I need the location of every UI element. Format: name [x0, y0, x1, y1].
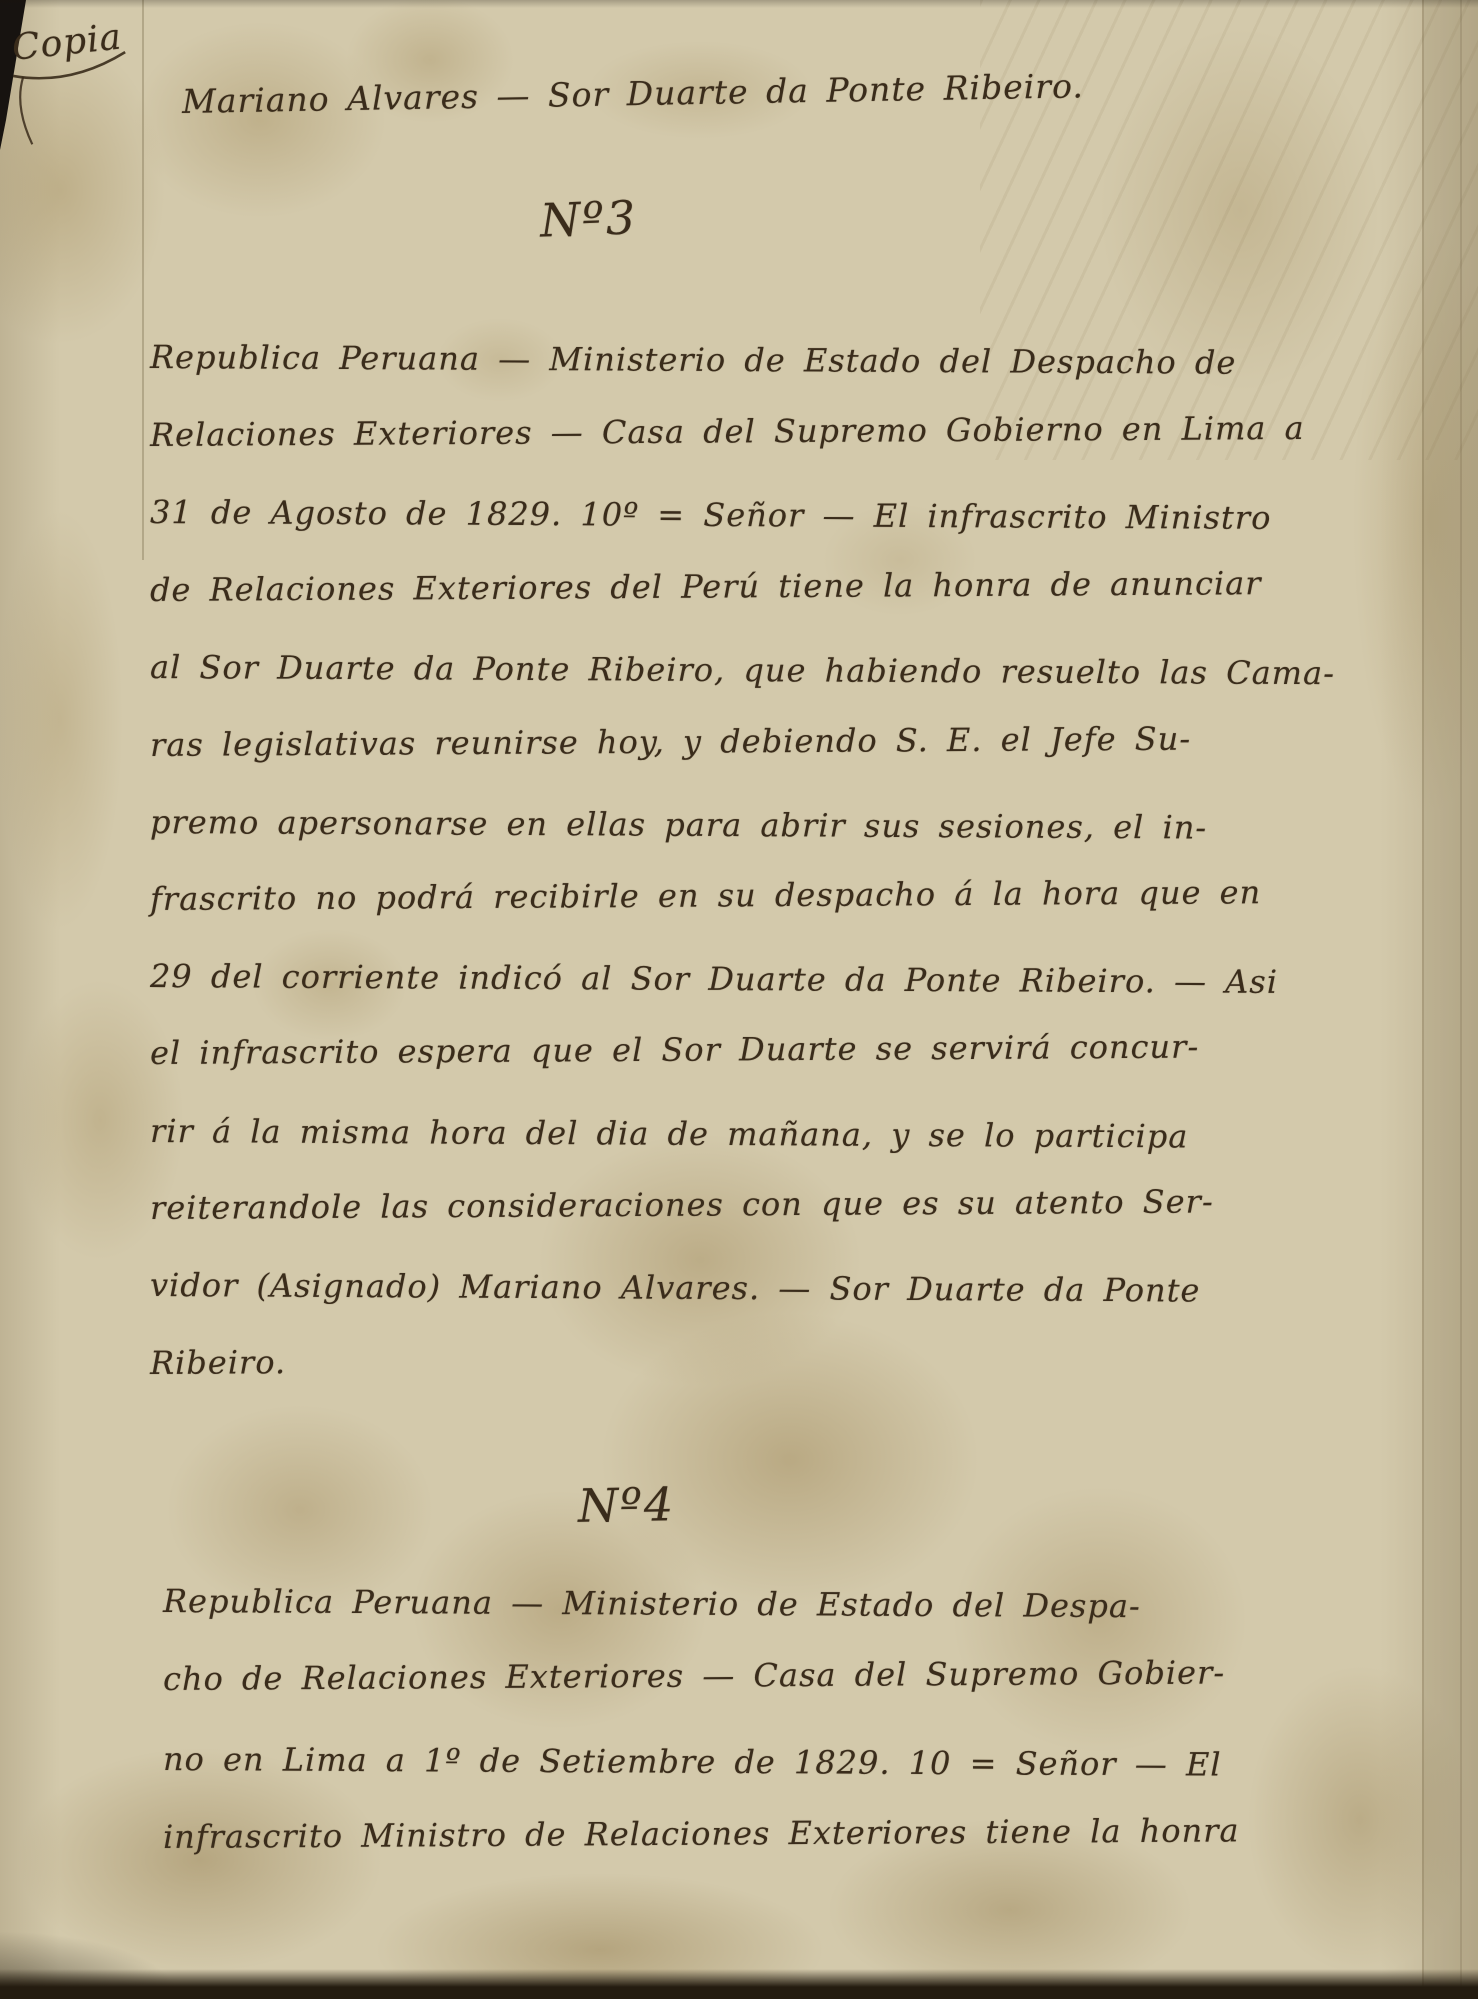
manuscript-line: ras legislativas reunirse hoy, y debiend…: [150, 720, 1191, 764]
manuscript-page: Copia Mariano Alvares — Sor Duarte da Po…: [0, 0, 1478, 1999]
manuscript-line: 31 de Agosto de 1829. 10º = Señor — El i…: [150, 493, 1272, 537]
right-page-edge-line: [1422, 0, 1424, 1999]
manuscript-line: 29 del corriente indicó al Sor Duarte da…: [150, 957, 1278, 1001]
recipient-header: Mariano Alvares — Sor Duarte da Ponte Ri…: [182, 66, 1084, 121]
manuscript-line: al Sor Duarte da Ponte Ribeiro, que habi…: [150, 648, 1335, 692]
right-page-edge-shade: [1424, 0, 1478, 1999]
manuscript-line: Republica Peruana — Ministerio de Estado…: [163, 1582, 1141, 1625]
bottom-edge-shadow: [0, 1969, 1478, 1999]
flourish-underline: [7, 43, 167, 158]
manuscript-line: reiterandole las consideraciones con que…: [150, 1183, 1214, 1227]
manuscript-line: el infrascrito espera que el Sor Duarte …: [150, 1028, 1199, 1072]
top-edge-shadow: [0, 0, 1478, 8]
manuscript-line: cho de Relaciones Exteriores — Casa del …: [163, 1654, 1225, 1698]
manuscript-line: frascrito no podrá recibirle en su despa…: [150, 873, 1261, 918]
manuscript-line: de Relaciones Exteriores del Perú tiene …: [150, 564, 1262, 609]
manuscript-line: no en Lima a 1º de Setiembre de 1829. 10…: [163, 1740, 1222, 1784]
copy-annotation: Copia: [10, 16, 124, 68]
manuscript-line: vidor (Asignado) Mariano Alvares. — Sor …: [150, 1266, 1201, 1309]
letter-4-number: Nº4: [578, 1477, 676, 1533]
manuscript-line: Ribeiro.: [150, 1343, 286, 1382]
letter-3-number: Nº3: [539, 190, 638, 247]
right-page-edge-line-2: [1460, 0, 1462, 1999]
manuscript-line: infrascrito Ministro de Relaciones Exter…: [163, 1811, 1240, 1856]
manuscript-line: premo apersonarse en ellas para abrir su…: [150, 803, 1207, 847]
manuscript-line: rir á la misma hora del dia de mañana, y…: [150, 1112, 1189, 1155]
